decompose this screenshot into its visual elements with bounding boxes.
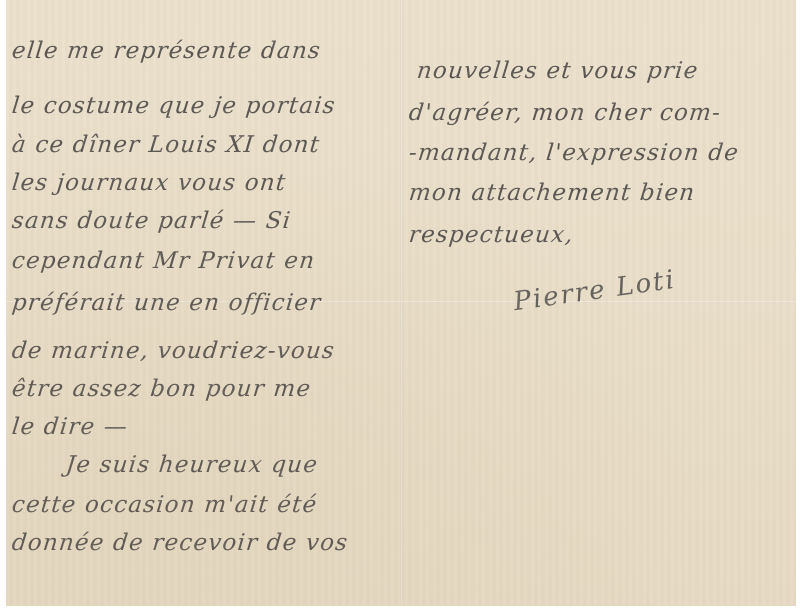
letter-line: respectueux,: [408, 222, 576, 248]
letter-line: les journaux vous ont: [11, 170, 288, 196]
letter-line: cette occasion m'ait été: [11, 492, 319, 518]
letter-sheet: elle me représente dans le costume que j…: [6, 0, 796, 606]
letter-line: donnée de recevoir de vos: [11, 530, 350, 556]
letter-line: préférait une en officier: [11, 290, 323, 316]
letter-line: de marine, voudriez-vous: [11, 338, 337, 364]
letter-line: d'agréer, mon cher com-: [408, 100, 723, 126]
letter-line: nouvelles et vous prie: [416, 58, 700, 84]
letter-line: -mandant, l'expression de: [408, 140, 741, 166]
letter-line: elle me représente dans: [11, 38, 323, 64]
letter-line: cependant Mr Privat en: [11, 248, 317, 274]
left-page: elle me représente dans le costume que j…: [6, 0, 400, 606]
right-page: nouvelles et vous prie d'agréer, mon che…: [403, 0, 796, 606]
signature: Pierre Loti: [512, 265, 678, 317]
letter-line: Je suis heureux que: [65, 452, 320, 478]
letter-line: mon attachement bien: [408, 180, 697, 206]
letter-line: être assez bon pour me: [11, 376, 313, 402]
letter-line: le costume que je portais: [11, 93, 338, 119]
letter-line: sans doute parlé — Si: [11, 208, 293, 234]
letter-line: à ce dîner Louis XI dont: [11, 132, 322, 158]
letter-line: le dire —: [11, 414, 130, 440]
